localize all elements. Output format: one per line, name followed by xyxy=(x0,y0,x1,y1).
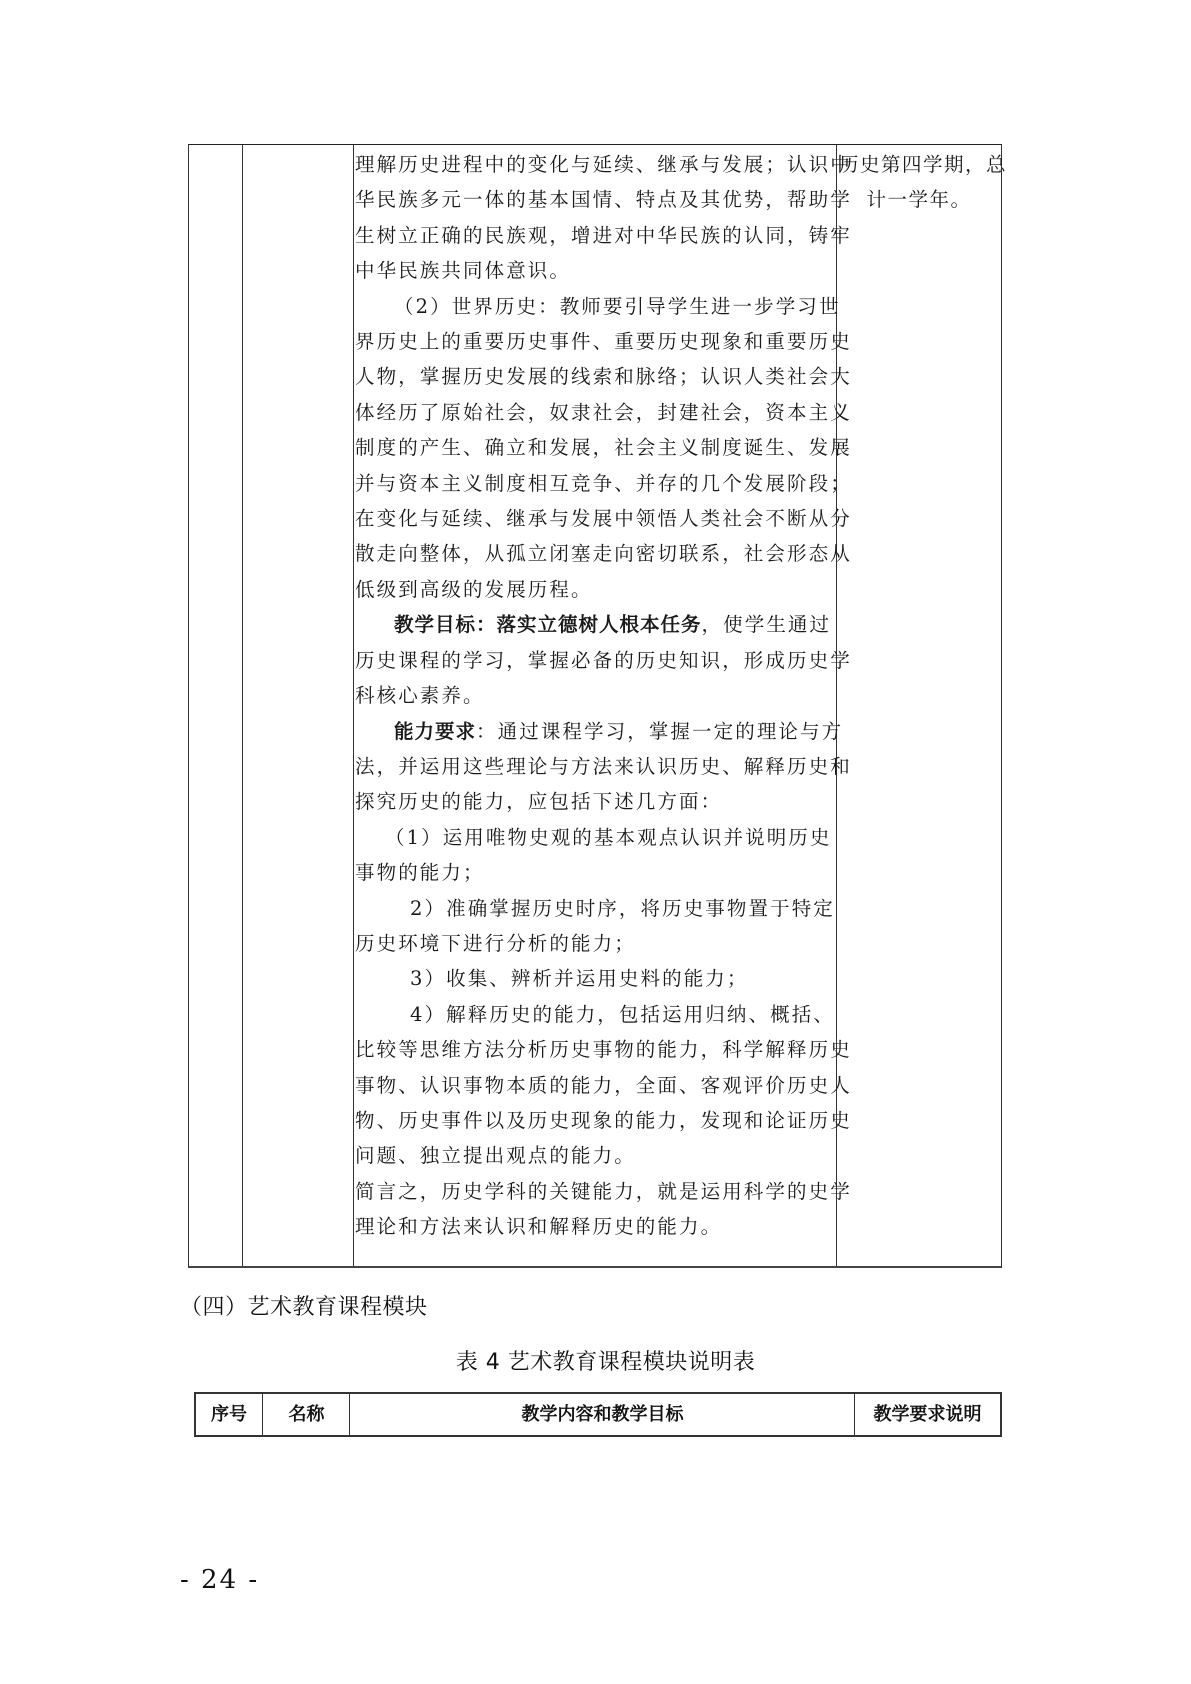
art-course-table: 序号 名称 教学内容和教学目标 教学要求说明 xyxy=(194,1392,1002,1437)
header-requirements: 教学要求说明 xyxy=(855,1394,1000,1435)
ability-item: 比较等思维方法分析历史事物的能力，科学解释历史 xyxy=(355,1032,835,1067)
content-line: 制度的产生、确立和发展，社会主义制度诞生、发展 xyxy=(355,430,835,465)
content-line: 科核心素养。 xyxy=(355,678,835,713)
content-line: 历史课程的学习，掌握必备的历史知识，形成历史学 xyxy=(355,643,835,678)
content-line: 中华民族共同体意识。 xyxy=(355,253,835,288)
ability-requirement-label: 能力要求 xyxy=(394,720,476,743)
teaching-goal-label: 教学目标：落实立德树人根本任务 xyxy=(394,613,702,636)
ability-item: 物、历史事件以及历史现象的能力，发现和论证历史 xyxy=(355,1103,835,1138)
teaching-goal-text: ，使学生通过 xyxy=(702,613,832,636)
content-line: 人物，掌握历史发展的线索和脉络；认识人类社会大 xyxy=(355,359,835,394)
header-name: 名称 xyxy=(263,1394,350,1435)
summary-line: 简言之，历史学科的关键能力，就是运用科学的史学 xyxy=(355,1174,835,1209)
summary-line: 理论和方法来认识和解释历史的能力。 xyxy=(355,1209,835,1244)
document-page: 理解历史进程中的变化与延续、继承与发展；认识中 华民族多元一体的基本国情、特点及… xyxy=(0,0,1191,1684)
content-line: 体经历了原始社会，奴隶社会，封建社会，资本主义 xyxy=(355,395,835,430)
content-line: 华民族多元一体的基本国情、特点及其优势，帮助学 xyxy=(355,182,835,217)
content-line: 低级到高级的发展历程。 xyxy=(355,572,835,607)
table-title: 表 4 艺术教育课程模块说明表 xyxy=(0,1345,1191,1376)
content-line: 探究历史的能力，应包括下述几方面： xyxy=(355,784,835,819)
content-line: 在变化与延续、继承与发展中领悟人类社会不断从分 xyxy=(355,501,835,536)
ability-item: 事物、认识事物本质的能力，全面、客观评价历史人 xyxy=(355,1068,835,1103)
section-heading: （四）艺术教育课程模块 xyxy=(180,1290,428,1321)
ability-item: 3）收集、辨析并运用史料的能力； xyxy=(355,961,835,996)
teaching-requirement-cell: 历史第四学期，总 计一学年。 xyxy=(839,147,999,218)
content-line: 散走向整体，从孤立闭塞走向密切联系，社会形态从 xyxy=(355,536,835,571)
column-divider xyxy=(242,145,243,1266)
ability-item: （1）运用唯物史观的基本观点认识并说明历史 xyxy=(355,820,835,855)
content-line: 生树立正确的民族观，增进对中华民族的认同，铸牢 xyxy=(355,218,835,253)
ability-item: 事物的能力； xyxy=(355,855,835,890)
content-line: 并与资本主义制度相互竞争、并存的几个发展阶段； xyxy=(355,466,835,501)
ability-requirement-line: 能力要求：通过课程学习，掌握一定的理论与方 xyxy=(355,714,835,749)
ability-requirement-text: ：通过课程学习，掌握一定的理论与方 xyxy=(476,720,843,743)
ability-item: 2）准确掌握历史时序，将历史事物置于特定 xyxy=(355,891,835,926)
header-index: 序号 xyxy=(196,1394,262,1435)
content-line: 法，并运用这些理论与方法来认识历史、解释历史和 xyxy=(355,749,835,784)
page-number: - 24 - xyxy=(180,1565,259,1595)
teaching-goal-line: 教学目标：落实立德树人根本任务，使学生通过 xyxy=(355,607,835,642)
content-line: 理解历史进程中的变化与延续、继承与发展；认识中 xyxy=(355,147,835,182)
requirement-line: 计一学年。 xyxy=(839,182,999,217)
ability-item: 历史环境下进行分析的能力； xyxy=(355,926,835,961)
content-line: 界历史上的重要历史事件、重要历史现象和重要历史 xyxy=(355,324,835,359)
content-line-world-history: （2）世界历史：教师要引导学生进一步学习世 xyxy=(355,289,835,324)
ability-item: 4）解释历史的能力，包括运用归纳、概括、 xyxy=(355,997,835,1032)
ability-item: 问题、独立提出观点的能力。 xyxy=(355,1138,835,1173)
requirement-line: 历史第四学期，总 xyxy=(839,147,999,182)
history-course-table-continued: 理解历史进程中的变化与延续、继承与发展；认识中 华民族多元一体的基本国情、特点及… xyxy=(188,144,1002,1268)
column-divider xyxy=(353,145,354,1266)
teaching-content-cell: 理解历史进程中的变化与延续、继承与发展；认识中 华民族多元一体的基本国情、特点及… xyxy=(355,147,835,1245)
header-content-goals: 教学内容和教学目标 xyxy=(350,1394,855,1435)
